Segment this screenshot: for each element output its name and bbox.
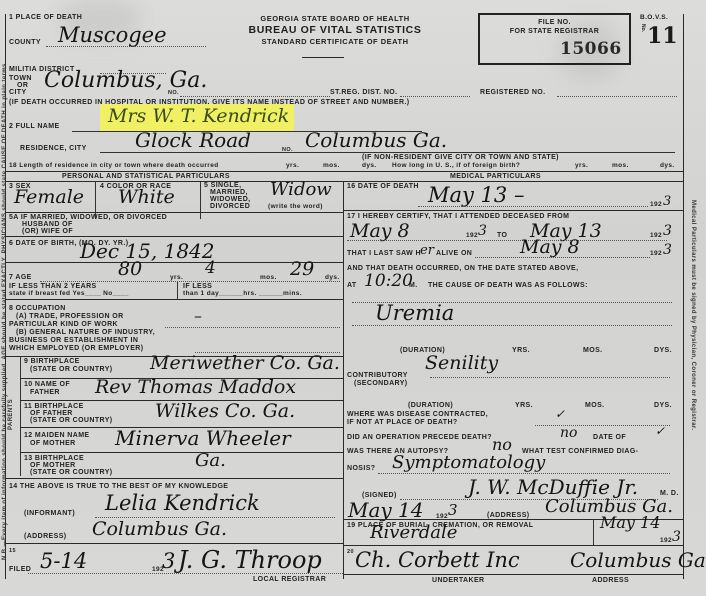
undertaker-label: UNDERTAKER [432,577,484,585]
marital-label-4: DIVORCED [210,203,250,211]
occupation-line [165,327,340,328]
row-rule [5,478,343,479]
informant-address-value: Columbus Ga. [92,520,227,539]
father-label-1: 10 NAME OF [24,381,70,389]
full-name-value: Mrs W. T. Kendrick [108,107,289,126]
informant-value: Lelia Kendrick [105,493,260,514]
foreign-yrs-label: yrs. [575,162,588,170]
last-saw-line [475,257,650,258]
row-rule [343,210,683,211]
age-months: 4 [205,260,216,277]
father-label-2: FATHER [30,389,60,397]
alive-on-label: ALIVE ON [436,250,472,258]
contracted-value: ✓ [555,408,565,420]
row-rule [5,236,343,237]
bureau-title: BUREAU OF VITAL STATISTICS [220,24,450,36]
contracted-label-2: IF NOT AT PLACE OF DEATH? [347,419,458,427]
father-birthplace-value: Wilkes Co. Ga. [155,402,295,421]
from-year-prefix: 192 [466,232,478,240]
father-value: Rev Thomas Maddox [95,378,296,397]
city-value: Columbus, Ga. [44,70,207,92]
burial-place-value: Riverdale [370,524,457,542]
informant-label: (INFORMANT) [24,510,75,518]
header-rule [302,57,344,58]
age-line [40,281,340,282]
residence-line [100,152,675,153]
undertaker-line [343,574,683,575]
contributory-label: CONTRIBUTORY [347,372,408,380]
attended-line [347,240,667,241]
to-year-prefix: 192 [650,232,662,240]
county-label: COUNTY [9,39,41,47]
certificate-title: STANDARD CERTIFICATE OF DEATH [220,37,450,46]
bovs-number: 11 [647,23,678,49]
informant-address-label: (ADDRESS) [24,533,67,541]
duration-mos: MOS. [583,347,603,355]
contributory-value: Senility [425,354,498,373]
occupation-a-label-1: (a) TRADE, PROFESSION OR [16,313,124,321]
occupation-label: 8 OCCUPATION [9,305,66,313]
breast-fed-label-2: state if breast fed Yes____ No____ [9,290,129,298]
autopsy-value: no [492,437,512,453]
burial-date-value: May 14 [600,515,660,531]
contributory-line [430,377,670,378]
no-label: No. [168,89,179,97]
marital-hint: (write the word) [268,203,323,211]
burial-year-suffix: 3 [672,530,681,544]
left-margin-note: N.B.—Every item of information should be… [2,61,8,560]
signed-year-suffix: 3 [448,503,458,518]
nonresident-note: (IF NON-RESIDENT GIVE CITY OR TOWN AND S… [362,154,559,162]
birthplace-label-1: 9 BIRTHPLACE [24,358,80,366]
res-dys-label: dys. [362,162,377,170]
at-label: AT [347,282,357,290]
st-reg-line [400,96,470,97]
last-saw-year-prefix: 192 [650,250,662,258]
color-value: White [118,188,175,207]
full-name-label: 2 FULL NAME [9,123,60,131]
death-year-suffix: 3 [663,195,671,208]
occupation-b-label-1: (b) GENERAL NATURE OF INDUSTRY, [16,329,155,337]
row-rule [343,545,683,546]
mother-label-2: OF MOTHER [30,440,76,448]
file-no-label: FILE NO. [480,19,629,27]
mother-birthplace-value: Ga. [195,452,226,470]
date-line [418,206,648,207]
row-rule [5,543,343,544]
row-rule [20,452,343,453]
time-suffix: M. [409,282,418,290]
date-of-label: DATE OF [593,434,626,442]
filed-value: 5-14 [40,551,87,572]
last-saw-year-suffix: 3 [663,243,672,257]
last-saw-pronoun: er [420,244,434,257]
foreign-birth-label: How long in U. S., if of foreign birth? [392,162,520,170]
operation-value: no [560,426,577,440]
duration-dys: DYS. [654,347,672,355]
residence-street: Glock Road [135,130,251,150]
signed-date-value: May 14 [348,500,424,520]
mother-label-1: 12 MAIDEN NAME [24,432,90,440]
last-saw-label: THAT I LAST SAW H [347,250,421,258]
street-line [180,96,330,97]
from-year-suffix: 3 [478,224,487,238]
wife-of-label: (OR) WIFE OF [22,228,73,236]
registrar-signature: J. G. Throop [178,548,322,572]
less-day-label-2: than 1 day______hrs. ______mins. [183,290,302,298]
informant-statement: 14 THE ABOVE IS TRUE TO THE BEST OF MY K… [9,483,228,491]
bovs-label: B.O.V.S. [640,14,668,22]
divider [177,282,178,299]
operation-label: DID AN OPERATION PRECEDE DEATH? [347,434,492,442]
undertaker-num: 20 [347,548,354,556]
undertaker-value: Ch. Corbett Inc [355,550,520,571]
occupation-a-label-2: PARTICULAR KIND OF WORK [9,321,118,329]
cause-line-2 [352,325,672,326]
divider [200,181,201,219]
for-state-registrar-label: FOR STATE REGISTRAR [480,28,629,36]
to-label: TO [497,232,507,240]
residence-label: RESIDENCE, CITY [20,145,87,153]
last-saw-value: May 8 [520,238,580,257]
foreign-mos-label: mos. [612,162,629,170]
local-registrar-label: LOCAL REGISTRAR [253,576,326,584]
father-birthplace-label-3: (STATE OR COUNTRY) [30,417,113,425]
personal-section-header: PERSONAL AND STATISTICAL PARTICULARS [62,173,230,181]
duration-yrs: YRS. [512,347,530,355]
burial-divider [593,519,594,545]
medical-section-header: MEDICAL PARTICULARS [450,173,541,181]
date-of-value: ✓ [655,425,665,437]
age-years: 80 [118,260,142,279]
secondary-label: (SECONDARY) [354,380,408,388]
undertaker-address-label: ADDRESS [592,577,629,585]
cause-value: Uremia [375,303,454,324]
file-number-box: FILE NO. FOR STATE REGISTRAR 15066 [478,13,631,65]
registered-line [557,96,677,97]
dob-value: Dec 15, 1842 [80,241,215,261]
duration-yrs-2: YRS. [515,402,533,410]
frame-right [683,14,684,579]
section-rule-2 [5,181,683,182]
death-certificate: N.B.—Every item of information should be… [0,0,706,596]
diagnosis-value: Symptomatology [392,454,545,472]
date-of-death-value: May 13 – [428,185,524,206]
filed-line [28,573,343,574]
death-year-prefix: 192 [650,201,662,209]
attended-from-value: May 8 [350,222,410,241]
length-residence-label: 18 Length of residence in city or town w… [9,162,219,170]
contracted-line [535,425,670,426]
board-title: GEORGIA STATE BOARD OF HEALTH [220,14,450,23]
city-label: CITY [9,89,27,97]
row-rule [5,299,343,300]
age-days: 29 [290,260,314,279]
occupation-b-label-2: BUSINESS OR ESTABLISHMENT IN [9,337,138,345]
bovs-form-no: No. [640,24,646,32]
duration-mos-2: MOS. [585,402,605,410]
birthplace-value: Meriwether Co. Ga. [150,354,340,373]
age-label: 7 AGE [9,274,32,282]
occupation-value: – [194,308,202,324]
file-number: 15066 [560,39,622,59]
date-of-death-label: 16 DATE OF DEATH [347,183,419,191]
time-of-death-value: 10:20 [364,273,413,290]
registered-no-label: REGISTERED NO. [480,89,546,97]
marital-value: Widow [270,181,332,199]
sex-value: Female [14,188,84,207]
to-year-suffix: 3 [663,224,672,238]
filed-year-suffix: 3 [162,551,175,572]
diagnosis-line [378,473,670,474]
st-reg-dist-label: ST.REG. DIST. NO. [330,89,397,97]
row-rule [5,212,343,213]
residence-city: Columbus Ga. [305,130,447,150]
duration-label-2: (DURATION) [408,402,453,410]
county-value: Muscogee [58,25,167,46]
parents-side-label: PARENTS [8,399,14,430]
occupation-b-label-3: WHICH EMPLOYED (OR EMPLOYER) [9,345,143,353]
res-mos-label: mos. [323,162,340,170]
res-yrs-label: yrs. [286,162,299,170]
physician-signature: J. W. McDuffie Jr. [468,477,638,497]
nosis-label: NOSIS? [347,465,375,473]
filing-num: 15 [9,547,16,555]
mother-birthplace-label-3: (STATE OR COUNTRY) [30,469,113,477]
place-of-death-label: 1 PLACE OF DEATH [9,14,82,22]
foreign-dys-label: dys. [660,162,675,170]
contracted-label-1: WHERE WAS DISEASE CONTRACTED, [347,411,488,419]
burial-year-prefix: 192 [660,537,672,545]
mother-value: Minerva Wheeler [115,428,291,448]
cause-label: THE CAUSE OF DEATH WAS AS FOLLOWS: [428,282,588,290]
birthplace-label-2: (STATE OR COUNTRY) [30,366,113,374]
duration-dys-2: DYS. [654,402,672,410]
parents-divider [20,356,21,476]
section-rule [5,171,683,172]
right-margin-note: Medical Particulars must be signed by Ph… [690,200,696,430]
undertaker-address-value: Columbus Ga. [570,550,706,570]
